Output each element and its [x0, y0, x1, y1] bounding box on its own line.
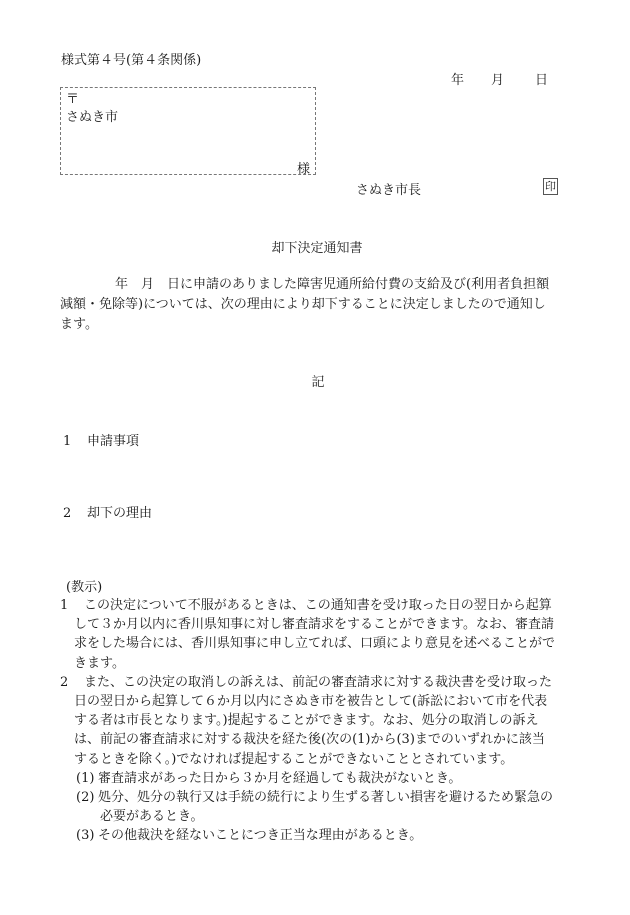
sub-item-line: (2)処分、処分の執行又は手続の続行により生ずる著しい損害を避けるため緊急の [60, 788, 580, 807]
document-title: 却下決定通知書 [0, 237, 630, 256]
note-text: また、この決定の取消しの訴えは、前記の審査請求に対する裁決書を受け取った [84, 675, 552, 690]
note-line: きます。 [60, 654, 580, 673]
item-application: 1申請事項 [63, 430, 139, 449]
sub-item-number: (1) [76, 769, 98, 788]
item-rejection-reason: 2却下の理由 [63, 502, 152, 521]
sub-item-line: (3)その他裁決を経ないことにつき正当な理由があるとき。 [60, 826, 580, 845]
item-label: 却下の理由 [87, 506, 152, 521]
note-line: 2また、この決定の取消しの訴えは、前記の審査請求に対する裁決書を受け取った [60, 673, 580, 692]
form-number: 様式第４号(第４条関係) [61, 49, 201, 68]
sub-item-text: その他裁決を経ないことにつき正当な理由があるとき。 [98, 828, 422, 843]
seal-stamp: 印 [543, 178, 558, 195]
item-label: 申請事項 [87, 434, 139, 449]
note-line: 求をした場合には、香川県知事に申し立てれば、口頭により意見を述べることがで [60, 634, 580, 653]
instructions-notes: 1この決定について不服があるときは、この通知書を受け取った日の翌日から起算 して… [60, 596, 580, 846]
item-number: 1 [63, 434, 87, 449]
ki-heading: 記 [0, 371, 630, 390]
date-month-label: 月 [491, 69, 504, 88]
note-number: 2 [60, 673, 84, 692]
note-line: するときを除く。)でなければ提起することができないこととされています。 [60, 750, 580, 769]
note-line: は、前記の審査請求に対する裁決を経た後(次の(1)から(3)までのいずれかに該当 [60, 730, 580, 749]
date-year-label: 年 [451, 69, 464, 88]
addressee-honorific: 様 [297, 158, 310, 177]
body-line: 減額・免除等)については、次の理由により却下することに決定しましたので通知し [60, 295, 578, 315]
sub-item-line: (1)審査請求があった日から３か月を経過しても裁決がないとき。 [60, 769, 580, 788]
address-window-box [60, 87, 316, 175]
sub-item-number: (3) [76, 826, 98, 845]
date-day-label: 日 [535, 69, 548, 88]
instructions-heading: (教示) [66, 576, 102, 595]
sender-title: さぬき市長 [356, 179, 421, 198]
note-line: 1この決定について不服があるときは、この通知書を受け取った日の翌日から起算 [60, 596, 580, 615]
item-number: 2 [63, 506, 87, 521]
body-paragraph: 年 月 日に申請のありました障害児通所給付費の支給及び(利用者負担額 減額・免除… [60, 275, 578, 335]
note-number: 1 [60, 596, 84, 615]
note-line: して３か月以内に香川県知事に対し審査請求をすることができます。なお、審査請 [60, 615, 580, 634]
sub-item-text: 処分、処分の執行又は手続の続行により生ずる著しい損害を避けるため緊急の [98, 790, 553, 805]
addressee-city: さぬき市 [66, 106, 118, 125]
postal-mark: 〒 [66, 88, 79, 107]
note-line: する者は市長となります。)提起することができます。なお、処分の取消しの訴え [60, 711, 580, 730]
sub-item-text: 審査請求があった日から３か月を経過しても裁決がないとき。 [98, 771, 461, 786]
note-text: この決定について不服があるときは、この通知書を受け取った日の翌日から起算 [84, 598, 552, 613]
body-line: 年 月 日に申請のありました障害児通所給付費の支給及び(利用者負担額 [60, 275, 578, 295]
body-line: ます。 [60, 315, 578, 335]
ki-text: 記 [311, 375, 324, 390]
sub-item-line: 必要があるとき。 [60, 807, 580, 826]
note-line: 日の翌日から起算して６か月以内にさぬき市を被告として(訴訟において市を代表 [60, 692, 580, 711]
document-title-text: 却下決定通知書 [271, 241, 362, 256]
sub-item-number: (2) [76, 788, 98, 807]
